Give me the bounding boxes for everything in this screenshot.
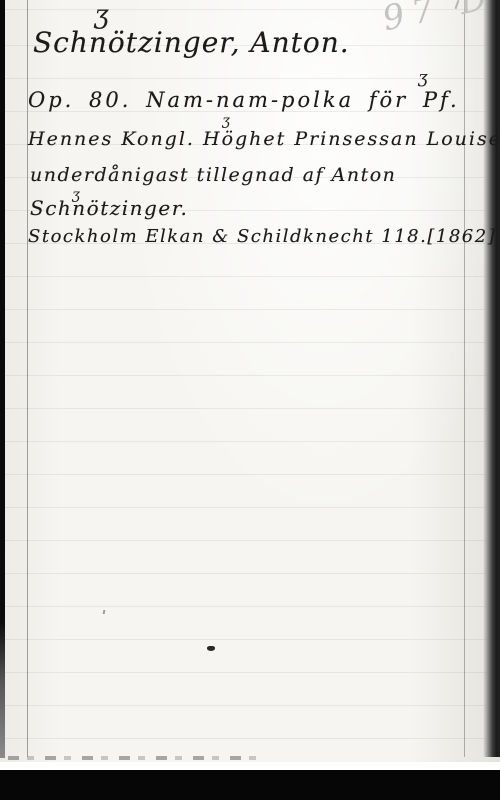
flourish-mark: ʒ bbox=[418, 70, 428, 87]
cutoff-text-fragments bbox=[8, 756, 258, 760]
scan-edge-left bbox=[0, 0, 5, 758]
left-margin-rule bbox=[27, 0, 28, 757]
flourish-mark: ʒ bbox=[94, 2, 109, 28]
ink-blot bbox=[207, 646, 215, 651]
imprint-line: Stockholm Elkan & Schildknecht 118.[1862… bbox=[28, 226, 496, 247]
scan-edge-right bbox=[483, 0, 500, 757]
flourish-mark: ʒ bbox=[222, 114, 230, 128]
dedication-line-2: underdånigast tillegnad af Anton bbox=[30, 164, 396, 186]
ruled-lines-background bbox=[0, 0, 500, 762]
dedication-line-1: Hennes Kongl. Höghet Prinsessan Louise bbox=[28, 128, 500, 150]
card-paper: 97 D ʒ Schnötzinger, Anton. ʒ Op. 80. Na… bbox=[0, 0, 500, 762]
opus-title-line: Op. 80. Nam-nam-polka för Pf. bbox=[28, 88, 460, 112]
right-margin-rule bbox=[464, 0, 465, 757]
composer-name-line: Schnötzinger, Anton. bbox=[33, 26, 350, 59]
dedication-line-3: Schnötzinger. bbox=[30, 196, 188, 220]
scanned-catalog-card: 97 D ʒ Schnötzinger, Anton. ʒ Op. 80. Na… bbox=[0, 0, 500, 800]
scan-background-band bbox=[0, 770, 500, 800]
